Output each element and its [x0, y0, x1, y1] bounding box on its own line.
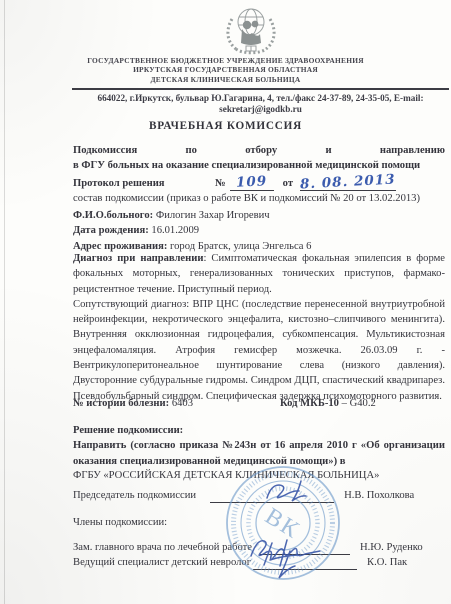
patient-name-row: Ф.И.О.больного: Филогин Захар Игоревич: [73, 208, 445, 223]
protocol-number-line: Протокол решения № 109 от 8. 08. 2013: [73, 174, 445, 191]
page-title: ВРАЧЕБНАЯ КОМИССИЯ: [0, 120, 451, 132]
decision-block: Решение подкомиссии: Направить (согласно…: [73, 423, 445, 469]
history-label: № истории болезни:: [73, 398, 169, 409]
member1-signature-row: Зам. главного врача по лечебной работе Н…: [73, 540, 445, 555]
org-line-2: ИРКУТСКАЯ ГОСУДАРСТВЕННАЯ ОБЛАСТНАЯ: [0, 65, 451, 74]
patient-birth-value: 16.01.2009: [151, 225, 199, 236]
signature-line: [260, 542, 350, 555]
destination-line: ФГБУ «РОССИЙСКАЯ ДЕТСКАЯ КЛИНИЧЕСКАЯ БОЛ…: [73, 468, 445, 483]
member2-name: К.О. Пак: [357, 555, 407, 570]
diagnosis-main: Диагноз при направлении: Симптоматическа…: [73, 251, 445, 297]
header-divider: [72, 88, 449, 90]
history-value: 6403: [172, 398, 193, 409]
signature-line: [253, 557, 357, 570]
case-row: № истории болезни: 6403 Код МКБ-10 – G40…: [73, 396, 445, 411]
word: и: [325, 143, 331, 158]
patient-block: Ф.И.О.больного: Филогин Захар Игоревич Д…: [73, 208, 445, 254]
patient-address-value: город Братск, улица Энгельса 6: [170, 241, 311, 252]
word: Подкомиссия: [73, 143, 137, 158]
address-line-1: 664022, г.Иркутск, бульвар Ю.Гагарина, 4…: [72, 93, 449, 104]
signature-line: [210, 490, 334, 503]
org-line-3: ДЕТСКАЯ КЛИНИЧЕСКАЯ БОЛЬНИЦА: [0, 75, 451, 84]
members-label: Члены подкомиссии:: [73, 515, 445, 530]
patient-address-label: Адрес проживания:: [73, 241, 167, 252]
word: по: [186, 143, 197, 158]
protocol-block: Подкомиссия по отбору и направлению в ФГ…: [73, 143, 445, 206]
document-page: ГОСУДАРСТВЕННОЕ БЮДЖЕТНОЕ УЧРЕЖДЕНИЕ ЗДР…: [0, 0, 451, 604]
patient-name-label: Ф.И.О.больного:: [73, 210, 153, 221]
icd-value: – G40.2: [342, 398, 376, 409]
diagnosis-secondary: Сопутствующий диагноз: ВПР ЦНС (последст…: [73, 297, 445, 404]
patient-name-value: Филогин Захар Игоревич: [156, 210, 270, 221]
member2-label: Ведущий специалист детский невролог: [73, 555, 251, 570]
date-preposition: от: [278, 176, 298, 191]
protocol-number-field: 109: [230, 174, 274, 191]
history-number: № истории болезни: 6403: [73, 396, 280, 411]
diagnosis-block: Диагноз при направлении: Симптоматическа…: [73, 251, 445, 404]
protocol-label: Протокол решения: [73, 176, 215, 191]
decision-label: Решение подкомиссии:: [73, 423, 445, 438]
commission-order-note: состав подкомиссии (приказ о работе ВК и…: [73, 191, 445, 206]
hospital-emblem-logo: [222, 5, 280, 57]
icd-code: Код МКБ-10 – G40.2: [280, 396, 376, 411]
address-line-2: sekretarj@igodkb.ru: [72, 104, 449, 115]
icd-label: Код МКБ-10: [280, 398, 339, 409]
chair-name: Н.В. Похолкова: [334, 488, 414, 503]
protocol-number-handwritten: 109: [236, 174, 268, 191]
member1-name: Н.Ю. Руденко: [350, 540, 423, 555]
book-icon: [246, 46, 256, 51]
chair-signature-row: Председатель подкомиссии Н.В. Похолкова: [73, 488, 445, 503]
organisation-name: ГОСУДАРСТВЕННОЕ БЮДЖЕТНОЕ УЧРЕЖДЕНИЕ ЗДР…: [0, 56, 451, 84]
protocol-date-handwritten: 8. 08. 2013: [300, 172, 396, 192]
protocol-date-field: 8. 08. 2013: [300, 174, 396, 191]
org-address: 664022, г.Иркутск, бульвар Ю.Гагарина, 4…: [72, 93, 449, 115]
chair-label: Председатель подкомиссии: [73, 488, 196, 503]
decision-text: Направить (согласно приказа №243н от 16 …: [73, 438, 445, 469]
word: отбору: [245, 143, 277, 158]
org-line-1: ГОСУДАРСТВЕННОЕ БЮДЖЕТНОЕ УЧРЕЖДЕНИЕ ЗДР…: [0, 56, 451, 65]
patient-birth-row: Дата рождения: 16.01.2009: [73, 223, 445, 238]
diagnosis-label: Диагноз при направлении: [73, 253, 203, 264]
word: направлению: [380, 143, 445, 158]
scan-edge-line: [4, 0, 5, 604]
member2-signature-row: Ведущий специалист детский невролог К.О.…: [73, 555, 445, 570]
member1-label: Зам. главного врача по лечебной работе: [73, 540, 252, 555]
protocol-subject-line: Подкомиссия по отбору и направлению: [73, 143, 445, 158]
patient-birth-label: Дата рождения:: [73, 225, 149, 236]
number-sign: №: [215, 176, 226, 191]
